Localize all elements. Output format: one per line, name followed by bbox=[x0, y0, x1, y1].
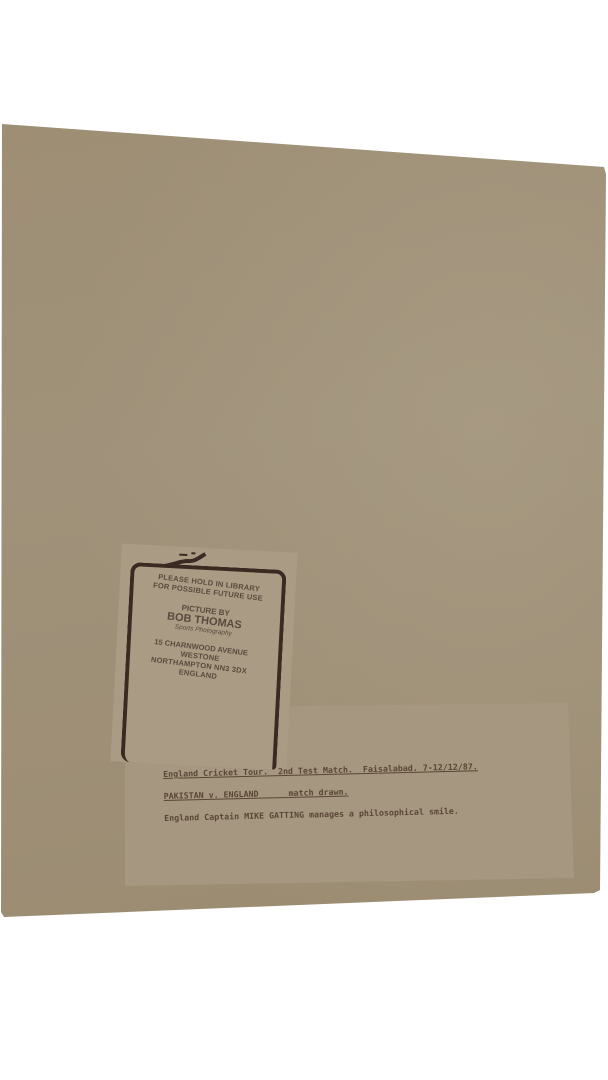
caption-result: match drawn. bbox=[288, 786, 348, 797]
stamp-text: PLEASE HOLD IN LIBRARY FOR POSSIBLE FUTU… bbox=[128, 570, 279, 687]
photographer-stamp: PLEASE HOLD IN LIBRARY FOR POSSIBLE FUTU… bbox=[110, 544, 297, 771]
paper-shading bbox=[0, 0, 608, 1080]
typed-caption: England Cricket Tour. 2nd Test Match. Fa… bbox=[163, 758, 564, 834]
caption-match: PAKISTAN v. ENGLAND bbox=[164, 789, 259, 801]
